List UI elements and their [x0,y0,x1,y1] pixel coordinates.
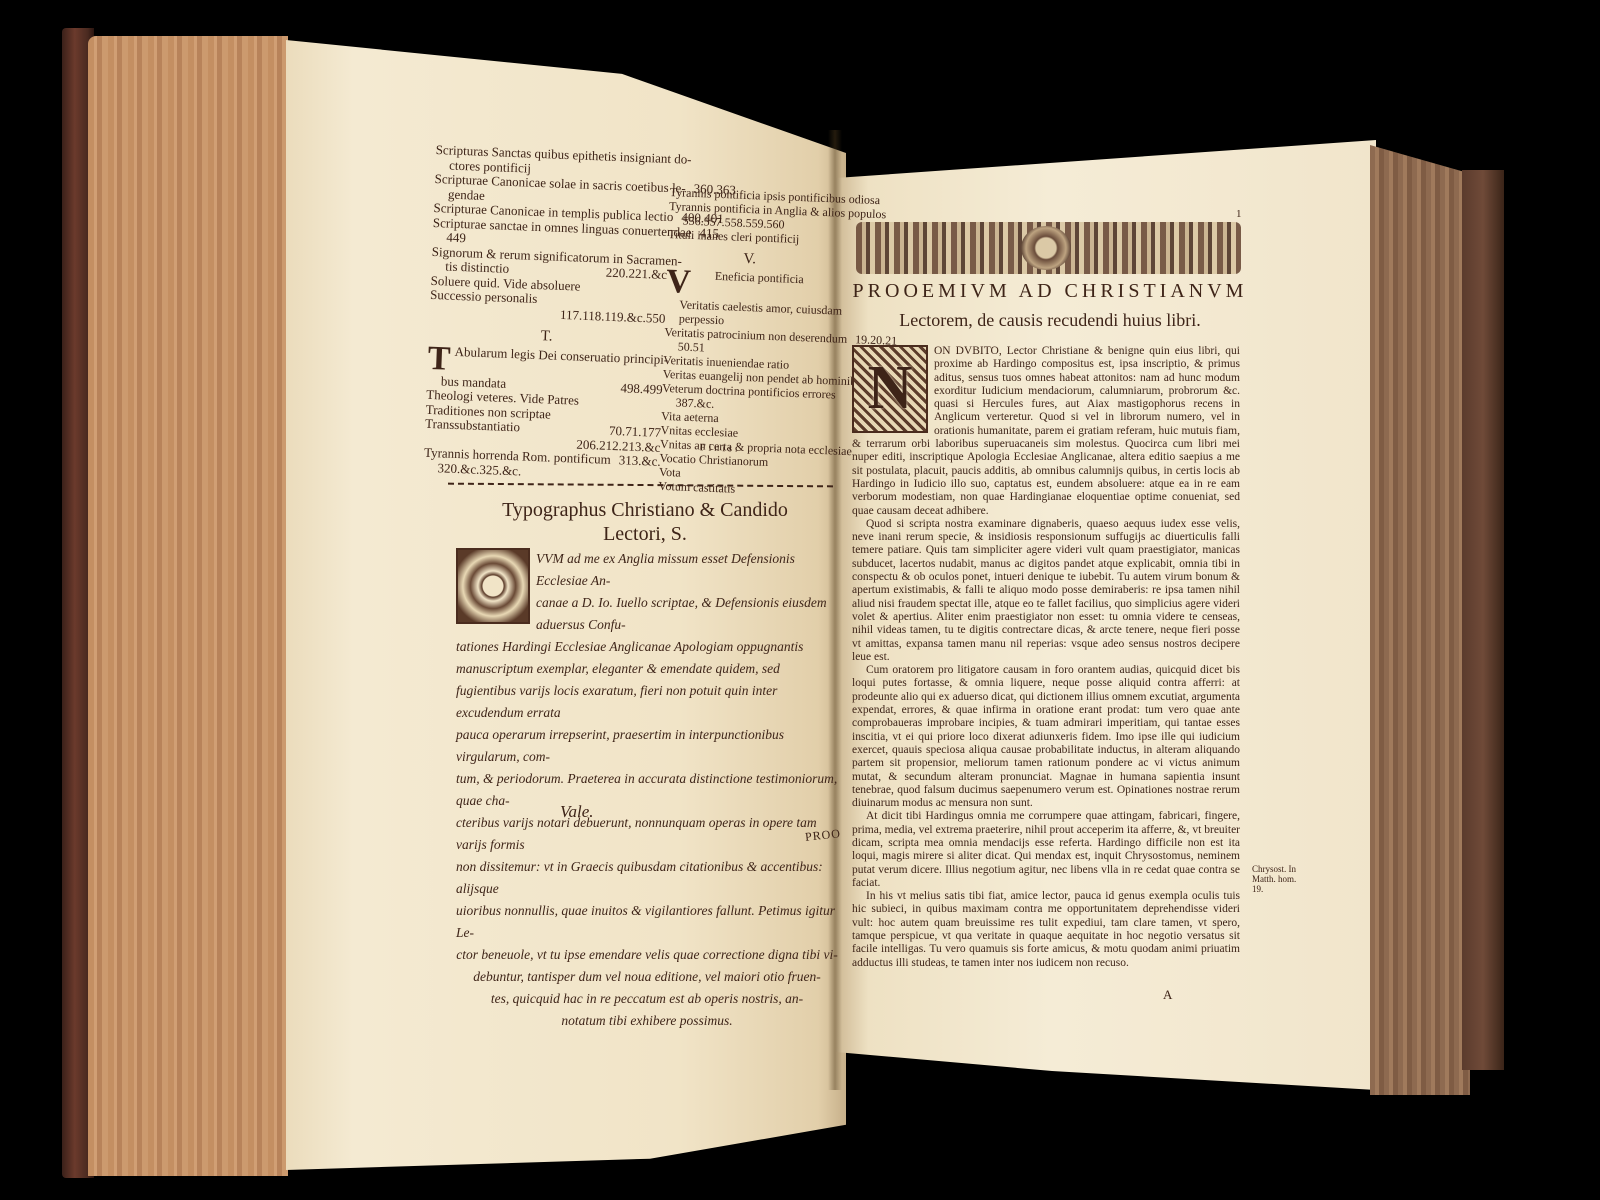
page-fore-edge-left [88,36,288,1176]
index-entry-pages: 117.118.119.&c.550 [552,307,666,326]
printer-note-line: uioribus nonnullis, quae inuitos & vigil… [456,900,838,944]
index-entry-text: 449 [446,230,466,245]
decorated-initial-q [456,548,530,624]
finis-label: Finis. [700,442,741,454]
printer-note-line: tationes Hardingi Ecclesiae Anglicanae A… [456,636,838,658]
index-entry-text: 50.51 [678,339,706,354]
margin-note: Chrysost. In Matth. hom. 19. [1252,864,1300,894]
index-entry-pages [835,388,844,402]
printer-note-line: notatum tibi exhibere possimus. [456,1010,838,1032]
proemium-subtitle: Lectorem, de causis recudendi huius libr… [850,310,1250,331]
printer-note-line: ctor beneuole, vt tu ipse emendare velis… [456,944,838,966]
index-entry-text [429,302,430,316]
proemium-paragraph: At dicit tibi Hardingus omnia me corrump… [852,810,1240,890]
printer-note-line: fugientibus varijs locis exaratum, fieri… [456,680,838,724]
index-entry-pages [816,457,825,471]
index-entry-pages [817,429,826,443]
printer-note-line: tum, & periodorum. Praeterea in accurata… [456,768,838,812]
printer-note-line: pauca operarum irrepserint, praesertim i… [456,724,838,768]
index-dropcap: T [427,343,451,374]
index-entry-pages [822,317,831,331]
index-entry-pages [818,401,827,415]
index-entry-text: Vota [659,465,681,480]
folio-number: 1 [1236,208,1242,220]
headpiece-face-ornament [1021,226,1071,270]
printer-note-line: manuscriptum exemplar, eleganter & emend… [456,658,838,680]
index-entry-pages [886,207,895,221]
index-entry-text [424,431,425,445]
index-entry-pages [818,415,827,429]
index-entry-pages [691,153,700,168]
index-entry-pages [820,345,829,359]
printer-note-line: tes, quicquid hac in re peccatum est ab … [456,988,838,1010]
index-entry-pages: 498.499 [612,380,663,396]
index-entry-pages [816,471,825,485]
index-dropcap: V [666,267,692,298]
signature-mark: A [1163,987,1172,1003]
index-entry-text: Eneficia pontificia [714,269,804,302]
printer-note-line: non dissitemur: vt in Graecis quibusdam … [456,856,838,900]
index-entry-pages [825,219,834,233]
index-entry-pages [825,233,834,247]
page-fore-edge-right [1370,145,1470,1095]
proemium-paragraph: In his vt melius satis tibi fiat, amice … [852,890,1240,970]
printer-note-title-line-1: Typographus Christiano & Candido [450,498,840,522]
index-entry-text: Votum castitatis [658,479,735,496]
printer-note-line: debuntur, tantisper dum vel noua edition… [456,966,838,988]
proemium-body: N ON DVBITO, Lector Christiane & benigne… [852,345,1240,970]
ornamental-headpiece [856,222,1241,274]
proemium-title: PROOEMIVM AD CHRISTIANVM [850,280,1250,303]
index-entry-text: 387.&c. [675,395,714,410]
index-entry-pages: 220.221.&c [597,265,667,282]
printer-note-body: VVM ad me ex Anglia missum esset Defensi… [456,548,838,1032]
index-entry-pages [823,273,832,303]
index-column-2: Tyrannis pontificia ipsis pontificibus o… [658,185,835,499]
decorated-initial-n: N [852,345,928,433]
printer-note-title: Typographus Christiano & Candido Lectori… [450,498,840,546]
proemium-paragraph: Quod si scripta nostra examinare dignabe… [852,518,1240,664]
index-entry-pages: 313.&c. [611,453,661,469]
printer-note-closing: Vale. [560,802,594,822]
book-cover-right [1462,170,1504,1070]
proemium-paragraph: Cum oratorem pro litigatore causam in fo… [852,664,1240,810]
index-column-1: Scripturas Sanctas quibus epithetis insi… [423,143,672,484]
printer-note-line: cteribus varijs notari debuerunt, nonnun… [456,812,838,856]
index-entry-pages [820,359,829,373]
index-entry-pages [880,193,889,207]
printer-note-title-line-2: Lectori, S. [450,522,840,546]
